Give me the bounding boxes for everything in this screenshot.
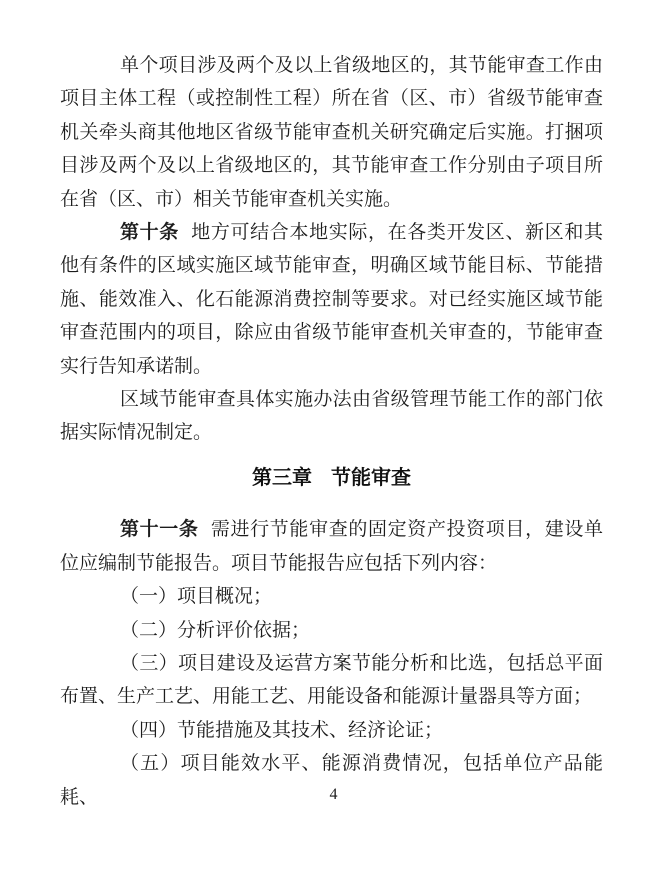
article-10-number: 第十条 <box>120 222 179 243</box>
paragraph-cross-province-review: 单个项目涉及两个及以上省级地区的，其节能审查工作由项目主体工程（或控制性工程）所… <box>60 49 603 216</box>
report-content-item-1: （一）项目概况； <box>60 580 603 613</box>
chapter-number: 第三章 <box>252 467 312 489</box>
article-10-text: 地方可结合本地实际，在各类开发区、新区和其他有条件的区域实施区域节能审查，明确区… <box>60 222 603 377</box>
report-content-item-4: （四）节能措施及其技术、经济论证； <box>60 714 603 747</box>
document-page: 单个项目涉及两个及以上省级地区的，其节能审查工作由项目主体工程（或控制性工程）所… <box>0 0 667 885</box>
article-11-paragraph: 第十一条需进行节能审查的固定资产投资项目，建设单位应编制节能报告。项目节能报告应… <box>60 513 603 580</box>
report-content-item-3: （三）项目建设及运营方案节能分析和比选，包括总平面布置、生产工艺、用能工艺、用能… <box>60 647 603 714</box>
paragraph-regional-method: 区域节能审查具体实施办法由省级管理节能工作的部门依据实际情况制定。 <box>60 383 603 450</box>
page-body: 单个项目涉及两个及以上省级地区的，其节能审查工作由项目主体工程（或控制性工程）所… <box>60 49 603 814</box>
article-11-number: 第十一条 <box>120 519 199 540</box>
article-10-paragraph: 第十条地方可结合本地实际，在各类开发区、新区和其他有条件的区域实施区域节能审查，… <box>60 216 603 383</box>
page-number: 4 <box>0 784 667 806</box>
chapter-3-heading: 第三章节能审查 <box>60 462 603 495</box>
chapter-title: 节能审查 <box>331 467 411 489</box>
report-content-item-2: （二）分析评价依据； <box>60 614 603 647</box>
